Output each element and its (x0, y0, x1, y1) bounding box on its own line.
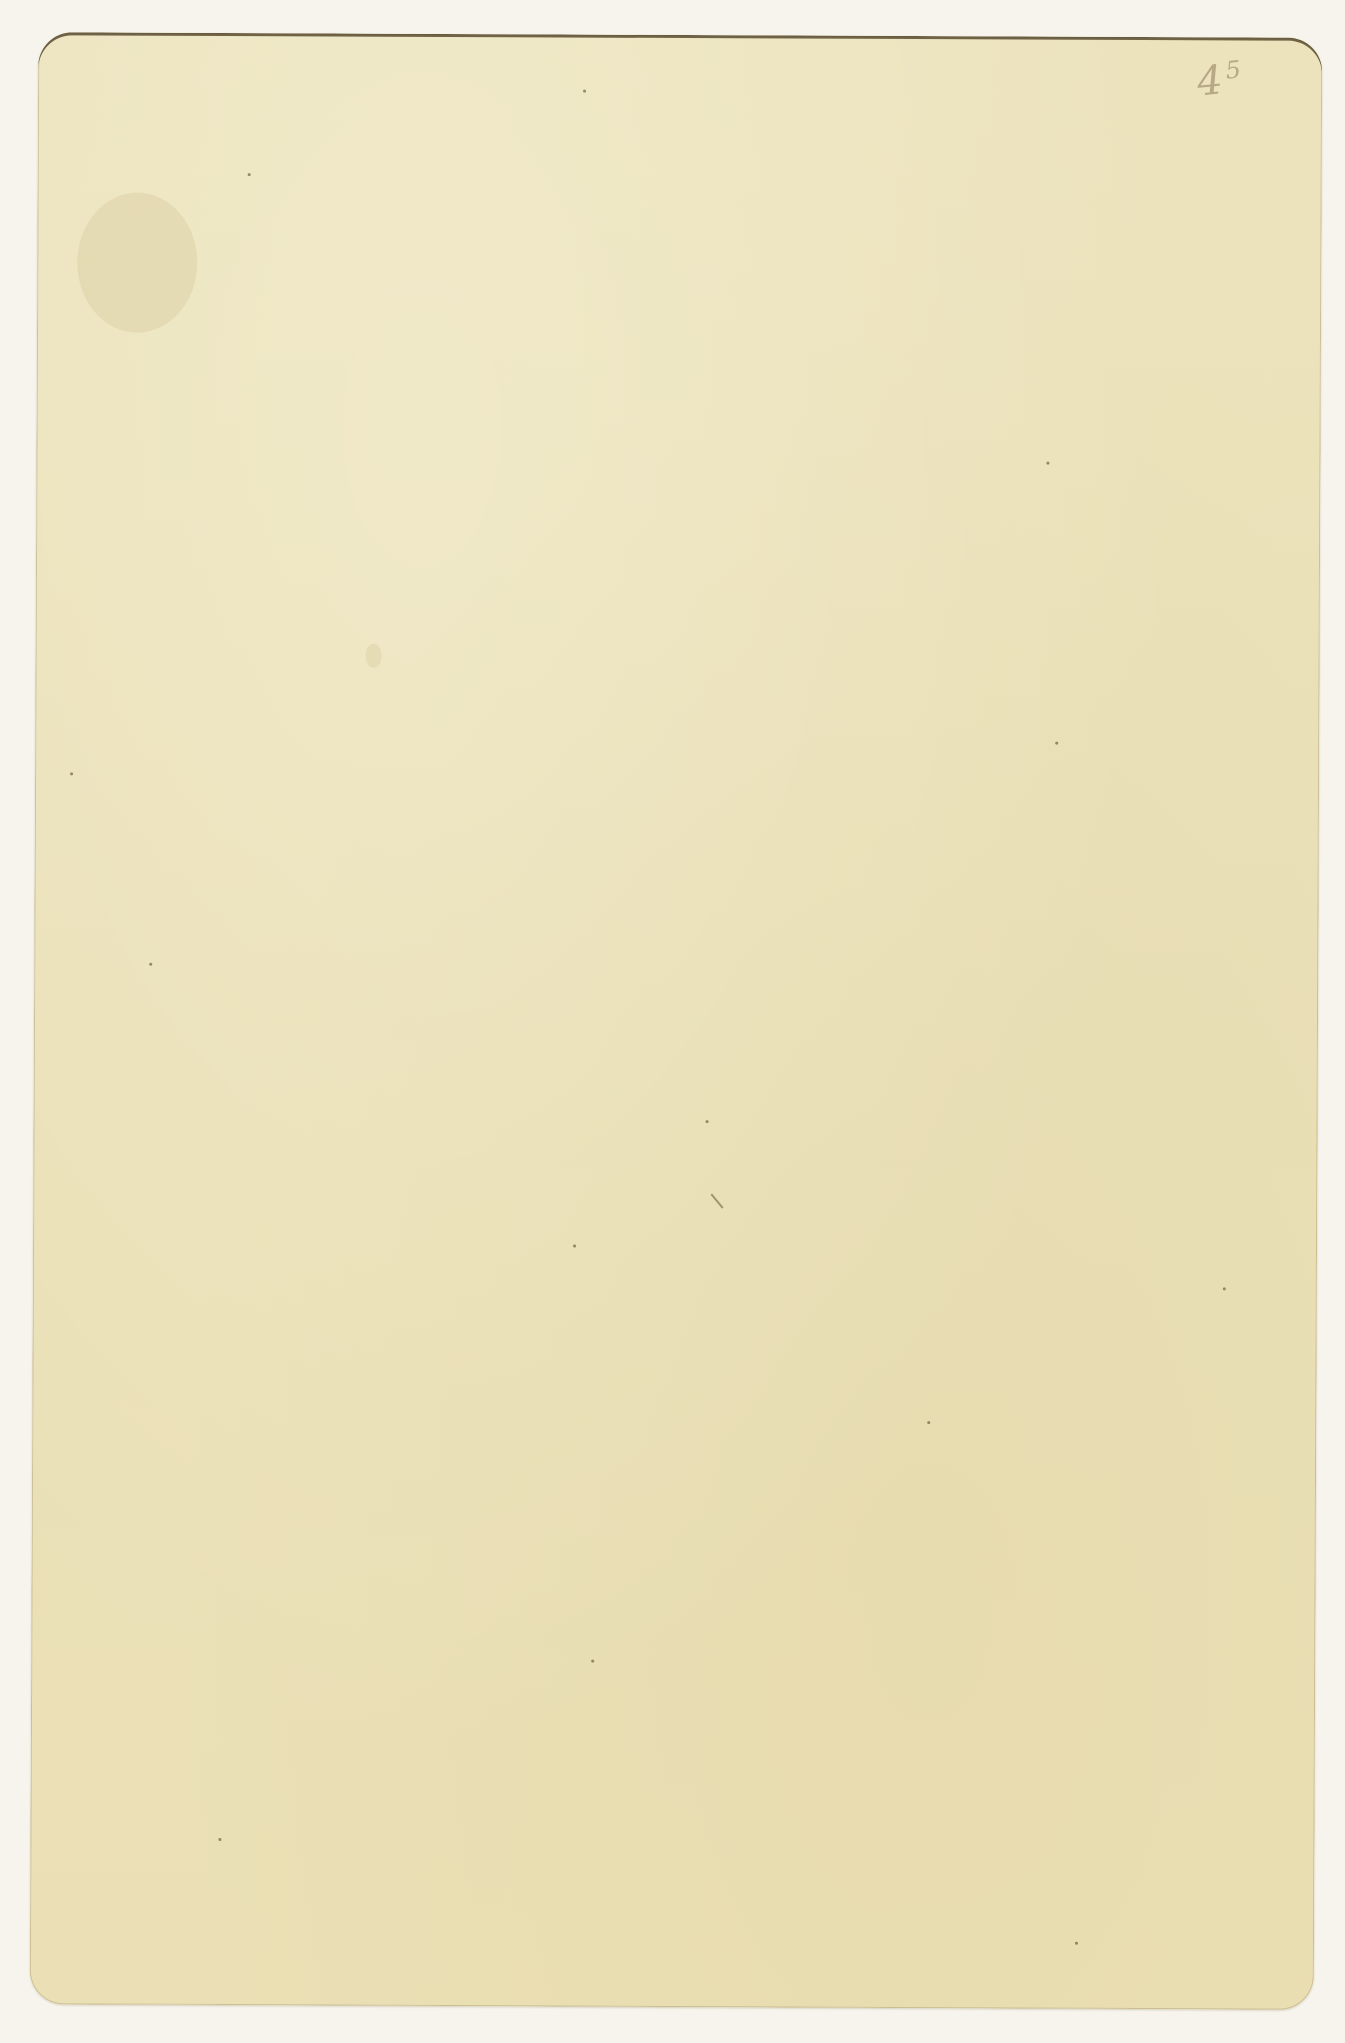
paper-speck (591, 1660, 594, 1663)
paper-speck (149, 963, 152, 966)
annotation-number: 4 (1195, 57, 1227, 106)
paper-speck (1075, 1942, 1078, 1945)
paper-speck (1046, 462, 1049, 465)
card-back: 45 (30, 32, 1323, 2010)
paper-speck (573, 1245, 576, 1248)
paper-stain (366, 644, 382, 668)
paper-speck (706, 1120, 709, 1123)
annotation-superscript: 5 (1224, 55, 1244, 85)
paper-scratch (711, 1194, 724, 1209)
paper-speck (1055, 742, 1058, 745)
paper-speck (583, 90, 586, 93)
paper-stain (77, 192, 198, 333)
paper-speck (1223, 1287, 1226, 1290)
paper-speck (218, 1838, 221, 1841)
paper-speck (927, 1421, 930, 1424)
paper-speck (248, 173, 251, 176)
handwritten-annotation: 45 (1195, 55, 1246, 105)
paper-speck (70, 772, 73, 775)
